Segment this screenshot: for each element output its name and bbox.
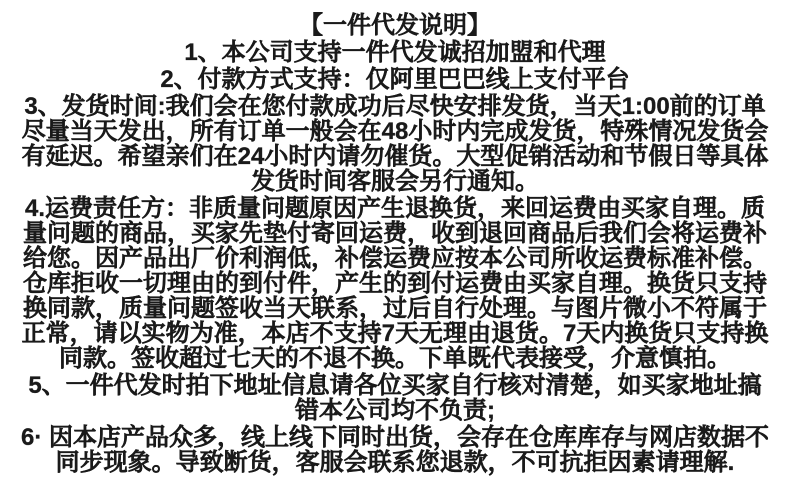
section-item-4: 4.运费责任方：非质量问题原因产生退换货，来回运费由买家自理。质 量问题的商品，… [5, 196, 785, 371]
section-item-2: 2、付款方式支持：仅阿里巴巴线上支付平台 [5, 67, 785, 92]
section-item-1: 1、本公司支持一件代发诚招加盟和代理 [5, 40, 785, 65]
section-item-5: 5、一件代发时拍下地址信息请各位买家自行核对清楚，如买家地址搞 错本公司均不负责… [5, 373, 785, 423]
notice-line: 1、本公司支持一件代发诚招加盟和代理 [5, 40, 785, 65]
notice-line: 仓库拒收一切理由的到付件，产生的到付运费由买家自理。换货只支持 [5, 271, 785, 296]
notice-line: 同步现象。导致断货，客服会联系您退款，不可抗拒因素请理解. [5, 450, 785, 475]
notice-title: 【一件代发说明】 [5, 13, 785, 38]
dropshipping-notice-panel: 【一件代发说明】 1、本公司支持一件代发诚招加盟和代理 2、付款方式支持：仅阿里… [0, 0, 790, 496]
notice-line: 尽量当天发出，所有订单一般会在48小时内完成发货，特殊情况发货会 [5, 119, 785, 144]
notice-line: 换同款，质量问题签收当天联系，过后自行处理。与图片微小不符属于 [5, 296, 785, 321]
notice-line: 给您。因产品出厂价利润低，补偿运费应按本公司所收运费标准补偿。 [5, 246, 785, 271]
notice-line: 量问题的商品，买家先垫付寄回运费，收到退回商品后我们会将运费补 [5, 221, 785, 246]
notice-line: 5、一件代发时拍下地址信息请各位买家自行核对清楚，如买家地址搞 [5, 373, 785, 398]
notice-line: 有延迟。希望亲们在24小时内请勿催货。大型促销活动和节假日等具体 [5, 144, 785, 169]
notice-line: 发货时间客服会另行通知。 [5, 169, 785, 194]
section-item-6: 6· 因本店产品众多，线上线下同时出货，会存在仓库库存与网店数据不 同步现象。导… [5, 425, 785, 475]
section-item-3: 3、发货时间:我们会在您付款成功后尽快安排发货，当天1:00前的订单 尽量当天发… [5, 94, 785, 194]
notice-line: 3、发货时间:我们会在您付款成功后尽快安排发货，当天1:00前的订单 [5, 94, 785, 119]
notice-line: 2、付款方式支持：仅阿里巴巴线上支付平台 [5, 67, 785, 92]
notice-line: 同款。签收超过七天的不退不换。下单既代表接受，介意慎拍。 [5, 346, 785, 371]
notice-line: 正常，请以实物为准，本店不支持7天无理由退货。7天内换货只支持换 [5, 321, 785, 346]
notice-line: 错本公司均不负责; [5, 398, 785, 423]
notice-line: 4.运费责任方：非质量问题原因产生退换货，来回运费由买家自理。质 [5, 196, 785, 221]
notice-line: 6· 因本店产品众多，线上线下同时出货，会存在仓库库存与网店数据不 [5, 425, 785, 450]
